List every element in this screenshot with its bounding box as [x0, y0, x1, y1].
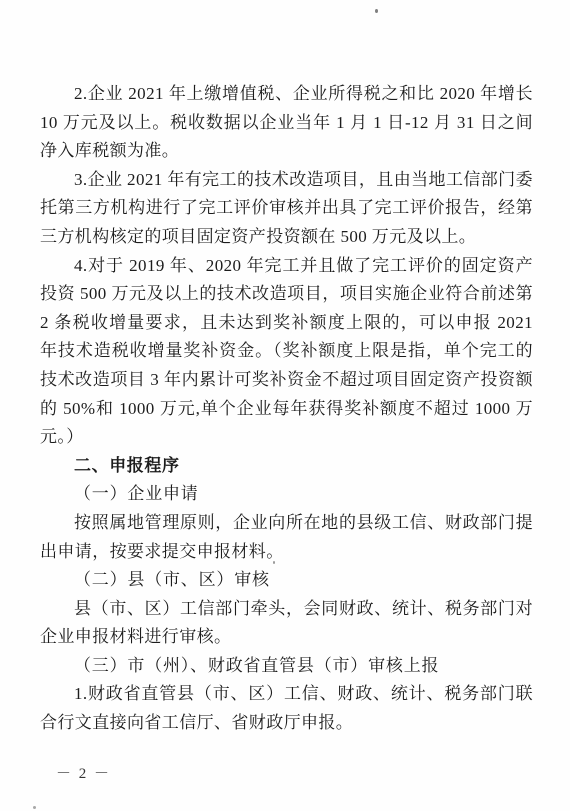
- sub-heading: （三）市（州）、财政省直管县（市）审核上报: [40, 652, 533, 681]
- document-body: 2.企业 2021 年上缴增值税、企业所得税之和比 2020 年增长 10 万元…: [40, 80, 533, 738]
- paragraph: 1.财政省直管县（市、区）工信、财政、统计、税务部门联合行文直接向省工信厅、省财…: [40, 680, 533, 737]
- sub-heading: （一）企业申请: [40, 480, 533, 509]
- sub-heading: （二）县（市、区）审核: [40, 566, 533, 595]
- paragraph: 县（市、区）工信部门牵头，会同财政、统计、税务部门对企业申报材料进行审核。: [40, 595, 533, 652]
- document-page: 2.企业 2021 年上缴增值税、企业所得税之和比 2020 年增长 10 万元…: [0, 0, 570, 811]
- page-number: － 2 －: [56, 762, 111, 783]
- paragraph: 4.对于 2019 年、2020 年完工并且做了完工评价的固定资产投资 500 …: [40, 252, 533, 452]
- paragraph: 3.企业 2021 年有完工的技术改造项目，且由当地工信部门委托第三方机构进行了…: [40, 166, 533, 252]
- section-heading: 二、申报程序: [40, 452, 533, 481]
- scan-speck: [375, 9, 378, 13]
- scan-speck: [33, 806, 36, 809]
- scan-speck: [273, 561, 275, 564]
- paragraph: 2.企业 2021 年上缴增值税、企业所得税之和比 2020 年增长 10 万元…: [40, 80, 533, 166]
- paragraph: 按照属地管理原则，企业向所在地的县级工信、财政部门提出申请，按要求提交申报材料。: [40, 509, 533, 566]
